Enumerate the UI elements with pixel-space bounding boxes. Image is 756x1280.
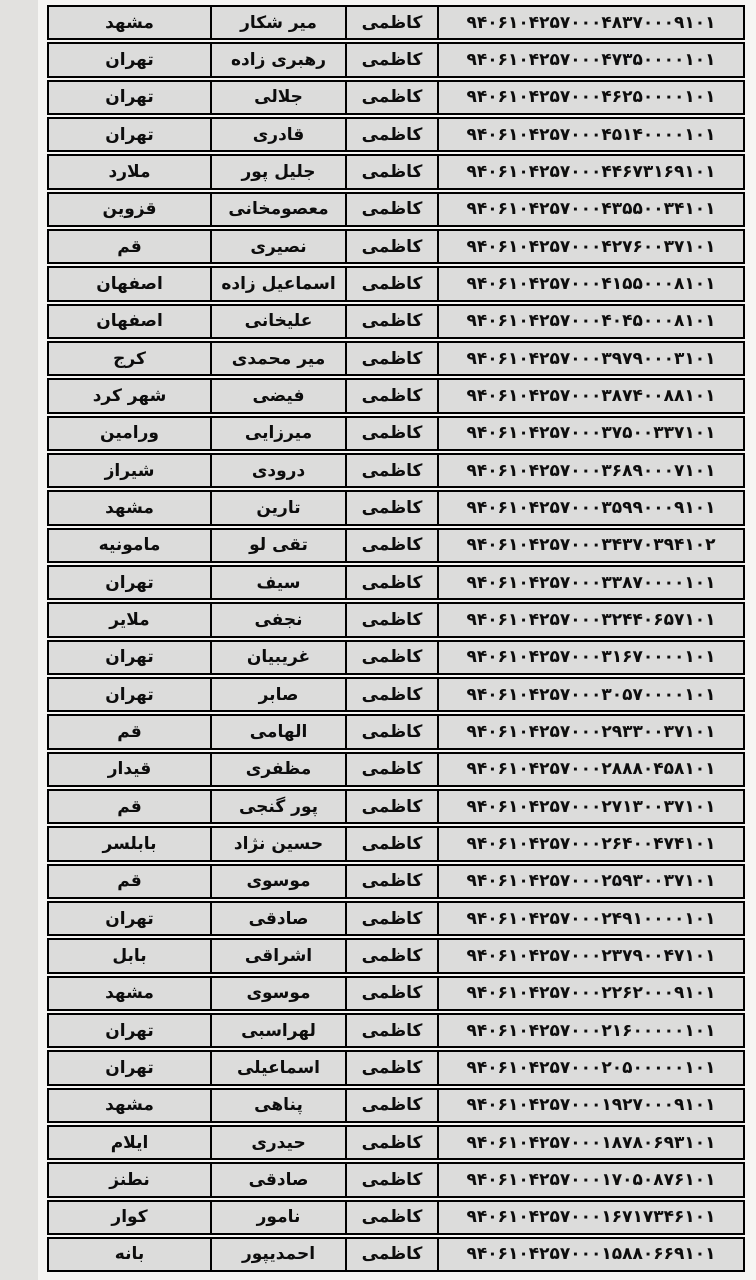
family-name-cell: کاظمی bbox=[347, 194, 439, 225]
family-name-cell: کاظمی bbox=[347, 1202, 439, 1233]
records-table: ۹۴۰۶۱۰۴۲۵۷۰۰۰۴۸۳۷۰۰۰۹۱۰۱کاظمیمیر شکارمشه… bbox=[47, 5, 745, 1272]
table-row: ۹۴۰۶۱۰۴۲۵۷۰۰۰۳۴۳۷۰۳۹۴۱۰۲کاظمیتقی لومامون… bbox=[47, 528, 745, 563]
last-name-cell: قادری bbox=[212, 119, 347, 150]
tracking-number-cell: ۹۴۰۶۱۰۴۲۵۷۰۰۰۱۹۲۷۰۰۰۹۱۰۱ bbox=[439, 1090, 743, 1121]
tracking-number-cell: ۹۴۰۶۱۰۴۲۵۷۰۰۰۴۰۴۵۰۰۰۸۱۰۱ bbox=[439, 306, 743, 337]
table-row: ۹۴۰۶۱۰۴۲۵۷۰۰۰۲۷۱۳۰۰۳۷۱۰۱کاظمیپور گنجیقم bbox=[47, 789, 745, 824]
tracking-number-cell: ۹۴۰۶۱۰۴۲۵۷۰۰۰۴۵۱۴۰۰۰۰۱۰۱ bbox=[439, 119, 743, 150]
last-name-cell: الهامی bbox=[212, 716, 347, 747]
family-name-cell: کاظمی bbox=[347, 44, 439, 75]
table-row: ۹۴۰۶۱۰۴۲۵۷۰۰۰۲۲۶۲۰۰۰۹۱۰۱کاظمیموسویمشهد bbox=[47, 976, 745, 1011]
family-name-cell: کاظمی bbox=[347, 1239, 439, 1270]
family-name-cell: کاظمی bbox=[347, 119, 439, 150]
table-row: ۹۴۰۶۱۰۴۲۵۷۰۰۰۲۰۵۰۰۰۰۰۱۰۱کاظمیاسماعیلیتهر… bbox=[47, 1050, 745, 1085]
city-cell: مشهد bbox=[49, 978, 212, 1009]
last-name-cell: صابر bbox=[212, 679, 347, 710]
city-cell: تهران bbox=[49, 567, 212, 598]
table-row: ۹۴۰۶۱۰۴۲۵۷۰۰۰۱۸۷۸۰۶۹۳۱۰۱کاظمیحیدریایلام bbox=[47, 1125, 745, 1160]
table-row: ۹۴۰۶۱۰۴۲۵۷۰۰۰۱۶۷۱۷۳۴۶۱۰۱کاظمینامورکوار bbox=[47, 1200, 745, 1235]
tracking-number-cell: ۹۴۰۶۱۰۴۲۵۷۰۰۰۲۸۸۸۰۴۵۸۱۰۱ bbox=[439, 754, 743, 785]
tracking-number-cell: ۹۴۰۶۱۰۴۲۵۷۰۰۰۳۴۳۷۰۳۹۴۱۰۲ bbox=[439, 530, 743, 561]
table-row: ۹۴۰۶۱۰۴۲۵۷۰۰۰۴۳۵۵۰۰۳۴۱۰۱کاظمیمعصومخانیقز… bbox=[47, 192, 745, 227]
tracking-number-cell: ۹۴۰۶۱۰۴۲۵۷۰۰۰۴۳۵۵۰۰۳۴۱۰۱ bbox=[439, 194, 743, 225]
table-row: ۹۴۰۶۱۰۴۲۵۷۰۰۰۳۲۴۴۰۶۵۷۱۰۱کاظمینجفیملایر bbox=[47, 602, 745, 637]
family-name-cell: کاظمی bbox=[347, 866, 439, 897]
last-name-cell: فیضی bbox=[212, 380, 347, 411]
last-name-cell: میرزایی bbox=[212, 418, 347, 449]
table-row: ۹۴۰۶۱۰۴۲۵۷۰۰۰۴۴۶۷۳۱۶۹۱۰۱کاظمیجلیل پورملا… bbox=[47, 154, 745, 189]
last-name-cell: تقی لو bbox=[212, 530, 347, 561]
city-cell: ایلام bbox=[49, 1127, 212, 1158]
table-row: ۹۴۰۶۱۰۴۲۵۷۰۰۰۳۵۹۹۰۰۰۹۱۰۱کاظمیتارینمشهد bbox=[47, 490, 745, 525]
city-cell: قم bbox=[49, 716, 212, 747]
table-row: ۹۴۰۶۱۰۴۲۵۷۰۰۰۴۷۳۵۰۰۰۰۱۰۱کاظمیرهبری زادهت… bbox=[47, 42, 745, 77]
last-name-cell: جلالی bbox=[212, 82, 347, 113]
last-name-cell: اسماعیلی bbox=[212, 1052, 347, 1083]
table-row: ۹۴۰۶۱۰۴۲۵۷۰۰۰۱۵۸۸۰۶۶۹۱۰۱کاظمیاحمدیپوربان… bbox=[47, 1237, 745, 1272]
city-cell: اصفهان bbox=[49, 306, 212, 337]
tracking-number-cell: ۹۴۰۶۱۰۴۲۵۷۰۰۰۲۱۶۰۰۰۰۰۱۰۱ bbox=[439, 1015, 743, 1046]
last-name-cell: معصومخانی bbox=[212, 194, 347, 225]
family-name-cell: کاظمی bbox=[347, 7, 439, 38]
tracking-number-cell: ۹۴۰۶۱۰۴۲۵۷۰۰۰۳۳۸۷۰۰۰۰۱۰۱ bbox=[439, 567, 743, 598]
table-row: ۹۴۰۶۱۰۴۲۵۷۰۰۰۲۵۹۳۰۰۳۷۱۰۱کاظمیموسویقم bbox=[47, 864, 745, 899]
city-cell: تهران bbox=[49, 1015, 212, 1046]
last-name-cell: مظفری bbox=[212, 754, 347, 785]
tracking-number-cell: ۹۴۰۶۱۰۴۲۵۷۰۰۰۲۲۶۲۰۰۰۹۱۰۱ bbox=[439, 978, 743, 1009]
last-name-cell: لهراسبی bbox=[212, 1015, 347, 1046]
city-cell: قیدار bbox=[49, 754, 212, 785]
city-cell: ملایر bbox=[49, 604, 212, 635]
family-name-cell: کاظمی bbox=[347, 791, 439, 822]
last-name-cell: صادقی bbox=[212, 1164, 347, 1195]
city-cell: ملارد bbox=[49, 156, 212, 187]
last-name-cell: میر شکار bbox=[212, 7, 347, 38]
family-name-cell: کاظمی bbox=[347, 679, 439, 710]
city-cell: تهران bbox=[49, 679, 212, 710]
last-name-cell: موسوی bbox=[212, 978, 347, 1009]
city-cell: قزوین bbox=[49, 194, 212, 225]
family-name-cell: کاظمی bbox=[347, 343, 439, 374]
tracking-number-cell: ۹۴۰۶۱۰۴۲۵۷۰۰۰۱۶۷۱۷۳۴۶۱۰۱ bbox=[439, 1202, 743, 1233]
family-name-cell: کاظمی bbox=[347, 1164, 439, 1195]
table-row: ۹۴۰۶۱۰۴۲۵۷۰۰۰۴۲۷۶۰۰۳۷۱۰۱کاظمینصیریقم bbox=[47, 229, 745, 264]
table-row: ۹۴۰۶۱۰۴۲۵۷۰۰۰۲۱۶۰۰۰۰۰۱۰۱کاظمیلهراسبیتهرا… bbox=[47, 1013, 745, 1048]
city-cell: قم bbox=[49, 231, 212, 262]
table-row: ۹۴۰۶۱۰۴۲۵۷۰۰۰۱۷۰۵۰۸۷۶۱۰۱کاظمیصادقینطنز bbox=[47, 1162, 745, 1197]
city-cell: تهران bbox=[49, 903, 212, 934]
last-name-cell: تارین bbox=[212, 492, 347, 523]
family-name-cell: کاظمی bbox=[347, 455, 439, 486]
city-cell: ورامین bbox=[49, 418, 212, 449]
city-cell: قم bbox=[49, 866, 212, 897]
last-name-cell: نامور bbox=[212, 1202, 347, 1233]
last-name-cell: موسوی bbox=[212, 866, 347, 897]
last-name-cell: اسماعیل زاده bbox=[212, 268, 347, 299]
city-cell: تهران bbox=[49, 82, 212, 113]
last-name-cell: سیف bbox=[212, 567, 347, 598]
family-name-cell: کاظمی bbox=[347, 156, 439, 187]
tracking-number-cell: ۹۴۰۶۱۰۴۲۵۷۰۰۰۴۱۵۵۰۰۰۸۱۰۱ bbox=[439, 268, 743, 299]
city-cell: شهر کرد bbox=[49, 380, 212, 411]
tracking-number-cell: ۹۴۰۶۱۰۴۲۵۷۰۰۰۳۰۵۷۰۰۰۰۱۰۱ bbox=[439, 679, 743, 710]
page-left-margin bbox=[0, 0, 38, 1280]
tracking-number-cell: ۹۴۰۶۱۰۴۲۵۷۰۰۰۲۶۴۰۰۴۷۴۱۰۱ bbox=[439, 828, 743, 859]
table-row: ۹۴۰۶۱۰۴۲۵۷۰۰۰۲۶۴۰۰۴۷۴۱۰۱کاظمیحسین نژادبا… bbox=[47, 826, 745, 861]
family-name-cell: کاظمی bbox=[347, 306, 439, 337]
table-row: ۹۴۰۶۱۰۴۲۵۷۰۰۰۴۶۲۵۰۰۰۰۱۰۱کاظمیجلالیتهران bbox=[47, 80, 745, 115]
family-name-cell: کاظمی bbox=[347, 418, 439, 449]
city-cell: تهران bbox=[49, 1052, 212, 1083]
city-cell: بابلسر bbox=[49, 828, 212, 859]
tracking-number-cell: ۹۴۰۶۱۰۴۲۵۷۰۰۰۳۷۵۰۰۳۳۷۱۰۱ bbox=[439, 418, 743, 449]
table-row: ۹۴۰۶۱۰۴۲۵۷۰۰۰۳۶۸۹۰۰۰۷۱۰۱کاظمیدرودیشیراز bbox=[47, 453, 745, 488]
family-name-cell: کاظمی bbox=[347, 642, 439, 673]
family-name-cell: کاظمی bbox=[347, 1015, 439, 1046]
last-name-cell: علیخانی bbox=[212, 306, 347, 337]
last-name-cell: حیدری bbox=[212, 1127, 347, 1158]
city-cell: تهران bbox=[49, 44, 212, 75]
tracking-number-cell: ۹۴۰۶۱۰۴۲۵۷۰۰۰۲۴۹۱۰۰۰۰۱۰۱ bbox=[439, 903, 743, 934]
city-cell: بابل bbox=[49, 940, 212, 971]
table-row: ۹۴۰۶۱۰۴۲۵۷۰۰۰۲۸۸۸۰۴۵۸۱۰۱کاظمیمظفریقیدار bbox=[47, 752, 745, 787]
tracking-number-cell: ۹۴۰۶۱۰۴۲۵۷۰۰۰۳۵۹۹۰۰۰۹۱۰۱ bbox=[439, 492, 743, 523]
last-name-cell: اشراقی bbox=[212, 940, 347, 971]
tracking-number-cell: ۹۴۰۶۱۰۴۲۵۷۰۰۰۲۹۳۳۰۰۳۷۱۰۱ bbox=[439, 716, 743, 747]
last-name-cell: غریبیان bbox=[212, 642, 347, 673]
last-name-cell: حسین نژاد bbox=[212, 828, 347, 859]
city-cell: تهران bbox=[49, 119, 212, 150]
tracking-number-cell: ۹۴۰۶۱۰۴۲۵۷۰۰۰۲۷۱۳۰۰۳۷۱۰۱ bbox=[439, 791, 743, 822]
family-name-cell: کاظمی bbox=[347, 1127, 439, 1158]
city-cell: کرج bbox=[49, 343, 212, 374]
table-row: ۹۴۰۶۱۰۴۲۵۷۰۰۰۲۴۹۱۰۰۰۰۱۰۱کاظمیصادقیتهران bbox=[47, 901, 745, 936]
city-cell: مشهد bbox=[49, 1090, 212, 1121]
city-cell: کوار bbox=[49, 1202, 212, 1233]
family-name-cell: کاظمی bbox=[347, 1090, 439, 1121]
city-cell: قم bbox=[49, 791, 212, 822]
city-cell: شیراز bbox=[49, 455, 212, 486]
table-row: ۹۴۰۶۱۰۴۲۵۷۰۰۰۴۸۳۷۰۰۰۹۱۰۱کاظمیمیر شکارمشه… bbox=[47, 5, 745, 40]
last-name-cell: درودی bbox=[212, 455, 347, 486]
tracking-number-cell: ۹۴۰۶۱۰۴۲۵۷۰۰۰۴۸۳۷۰۰۰۹۱۰۱ bbox=[439, 7, 743, 38]
table-row: ۹۴۰۶۱۰۴۲۵۷۰۰۰۲۹۳۳۰۰۳۷۱۰۱کاظمیالهامیقم bbox=[47, 714, 745, 749]
tracking-number-cell: ۹۴۰۶۱۰۴۲۵۷۰۰۰۱۵۸۸۰۶۶۹۱۰۱ bbox=[439, 1239, 743, 1270]
family-name-cell: کاظمی bbox=[347, 978, 439, 1009]
table-row: ۹۴۰۶۱۰۴۲۵۷۰۰۰۳۱۶۷۰۰۰۰۱۰۱کاظمیغریبیانتهرا… bbox=[47, 640, 745, 675]
city-cell: مامونیه bbox=[49, 530, 212, 561]
last-name-cell: نصیری bbox=[212, 231, 347, 262]
tracking-number-cell: ۹۴۰۶۱۰۴۲۵۷۰۰۰۳۲۴۴۰۶۵۷۱۰۱ bbox=[439, 604, 743, 635]
table-row: ۹۴۰۶۱۰۴۲۵۷۰۰۰۲۳۷۹۰۰۴۷۱۰۱کاظمیاشراقیبابل bbox=[47, 938, 745, 973]
last-name-cell: جلیل پور bbox=[212, 156, 347, 187]
city-cell: نطنز bbox=[49, 1164, 212, 1195]
tracking-number-cell: ۹۴۰۶۱۰۴۲۵۷۰۰۰۳۹۷۹۰۰۰۳۱۰۱ bbox=[439, 343, 743, 374]
family-name-cell: کاظمی bbox=[347, 903, 439, 934]
city-cell: اصفهان bbox=[49, 268, 212, 299]
last-name-cell: میر محمدی bbox=[212, 343, 347, 374]
family-name-cell: کاظمی bbox=[347, 828, 439, 859]
tracking-number-cell: ۹۴۰۶۱۰۴۲۵۷۰۰۰۳۸۷۴۰۰۸۸۱۰۱ bbox=[439, 380, 743, 411]
city-cell: تهران bbox=[49, 642, 212, 673]
family-name-cell: کاظمی bbox=[347, 1052, 439, 1083]
family-name-cell: کاظمی bbox=[347, 530, 439, 561]
last-name-cell: پور گنجی bbox=[212, 791, 347, 822]
table-row: ۹۴۰۶۱۰۴۲۵۷۰۰۰۳۷۵۰۰۳۳۷۱۰۱کاظمیمیرزاییورام… bbox=[47, 416, 745, 451]
tracking-number-cell: ۹۴۰۶۱۰۴۲۵۷۰۰۰۱۷۰۵۰۸۷۶۱۰۱ bbox=[439, 1164, 743, 1195]
table-row: ۹۴۰۶۱۰۴۲۵۷۰۰۰۳۳۸۷۰۰۰۰۱۰۱کاظمیسیفتهران bbox=[47, 565, 745, 600]
tracking-number-cell: ۹۴۰۶۱۰۴۲۵۷۰۰۰۲۰۵۰۰۰۰۰۱۰۱ bbox=[439, 1052, 743, 1083]
table-row: ۹۴۰۶۱۰۴۲۵۷۰۰۰۳۰۵۷۰۰۰۰۱۰۱کاظمیصابرتهران bbox=[47, 677, 745, 712]
tracking-number-cell: ۹۴۰۶۱۰۴۲۵۷۰۰۰۲۳۷۹۰۰۴۷۱۰۱ bbox=[439, 940, 743, 971]
family-name-cell: کاظمی bbox=[347, 754, 439, 785]
tracking-number-cell: ۹۴۰۶۱۰۴۲۵۷۰۰۰۳۱۶۷۰۰۰۰۱۰۱ bbox=[439, 642, 743, 673]
family-name-cell: کاظمی bbox=[347, 940, 439, 971]
table-row: ۹۴۰۶۱۰۴۲۵۷۰۰۰۱۹۲۷۰۰۰۹۱۰۱کاظمیپناهیمشهد bbox=[47, 1088, 745, 1123]
family-name-cell: کاظمی bbox=[347, 231, 439, 262]
table-row: ۹۴۰۶۱۰۴۲۵۷۰۰۰۳۸۷۴۰۰۸۸۱۰۱کاظمیفیضیشهر کرد bbox=[47, 378, 745, 413]
last-name-cell: رهبری زاده bbox=[212, 44, 347, 75]
last-name-cell: پناهی bbox=[212, 1090, 347, 1121]
tracking-number-cell: ۹۴۰۶۱۰۴۲۵۷۰۰۰۳۶۸۹۰۰۰۷۱۰۱ bbox=[439, 455, 743, 486]
table-row: ۹۴۰۶۱۰۴۲۵۷۰۰۰۴۱۵۵۰۰۰۸۱۰۱کاظمیاسماعیل زاد… bbox=[47, 266, 745, 301]
city-cell: بانه bbox=[49, 1239, 212, 1270]
tracking-number-cell: ۹۴۰۶۱۰۴۲۵۷۰۰۰۱۸۷۸۰۶۹۳۱۰۱ bbox=[439, 1127, 743, 1158]
family-name-cell: کاظمی bbox=[347, 380, 439, 411]
last-name-cell: احمدیپور bbox=[212, 1239, 347, 1270]
family-name-cell: کاظمی bbox=[347, 567, 439, 598]
table-row: ۹۴۰۶۱۰۴۲۵۷۰۰۰۴۰۴۵۰۰۰۸۱۰۱کاظمیعلیخانیاصفه… bbox=[47, 304, 745, 339]
tracking-number-cell: ۹۴۰۶۱۰۴۲۵۷۰۰۰۲۵۹۳۰۰۳۷۱۰۱ bbox=[439, 866, 743, 897]
tracking-number-cell: ۹۴۰۶۱۰۴۲۵۷۰۰۰۴۴۶۷۳۱۶۹۱۰۱ bbox=[439, 156, 743, 187]
family-name-cell: کاظمی bbox=[347, 268, 439, 299]
family-name-cell: کاظمی bbox=[347, 492, 439, 523]
table-row: ۹۴۰۶۱۰۴۲۵۷۰۰۰۳۹۷۹۰۰۰۳۱۰۱کاظمیمیر محمدیکر… bbox=[47, 341, 745, 376]
last-name-cell: صادقی bbox=[212, 903, 347, 934]
family-name-cell: کاظمی bbox=[347, 716, 439, 747]
family-name-cell: کاظمی bbox=[347, 82, 439, 113]
city-cell: مشهد bbox=[49, 492, 212, 523]
city-cell: مشهد bbox=[49, 7, 212, 38]
table-row: ۹۴۰۶۱۰۴۲۵۷۰۰۰۴۵۱۴۰۰۰۰۱۰۱کاظمیقادریتهران bbox=[47, 117, 745, 152]
tracking-number-cell: ۹۴۰۶۱۰۴۲۵۷۰۰۰۴۶۲۵۰۰۰۰۱۰۱ bbox=[439, 82, 743, 113]
tracking-number-cell: ۹۴۰۶۱۰۴۲۵۷۰۰۰۴۷۳۵۰۰۰۰۱۰۱ bbox=[439, 44, 743, 75]
last-name-cell: نجفی bbox=[212, 604, 347, 635]
family-name-cell: کاظمی bbox=[347, 604, 439, 635]
tracking-number-cell: ۹۴۰۶۱۰۴۲۵۷۰۰۰۴۲۷۶۰۰۳۷۱۰۱ bbox=[439, 231, 743, 262]
